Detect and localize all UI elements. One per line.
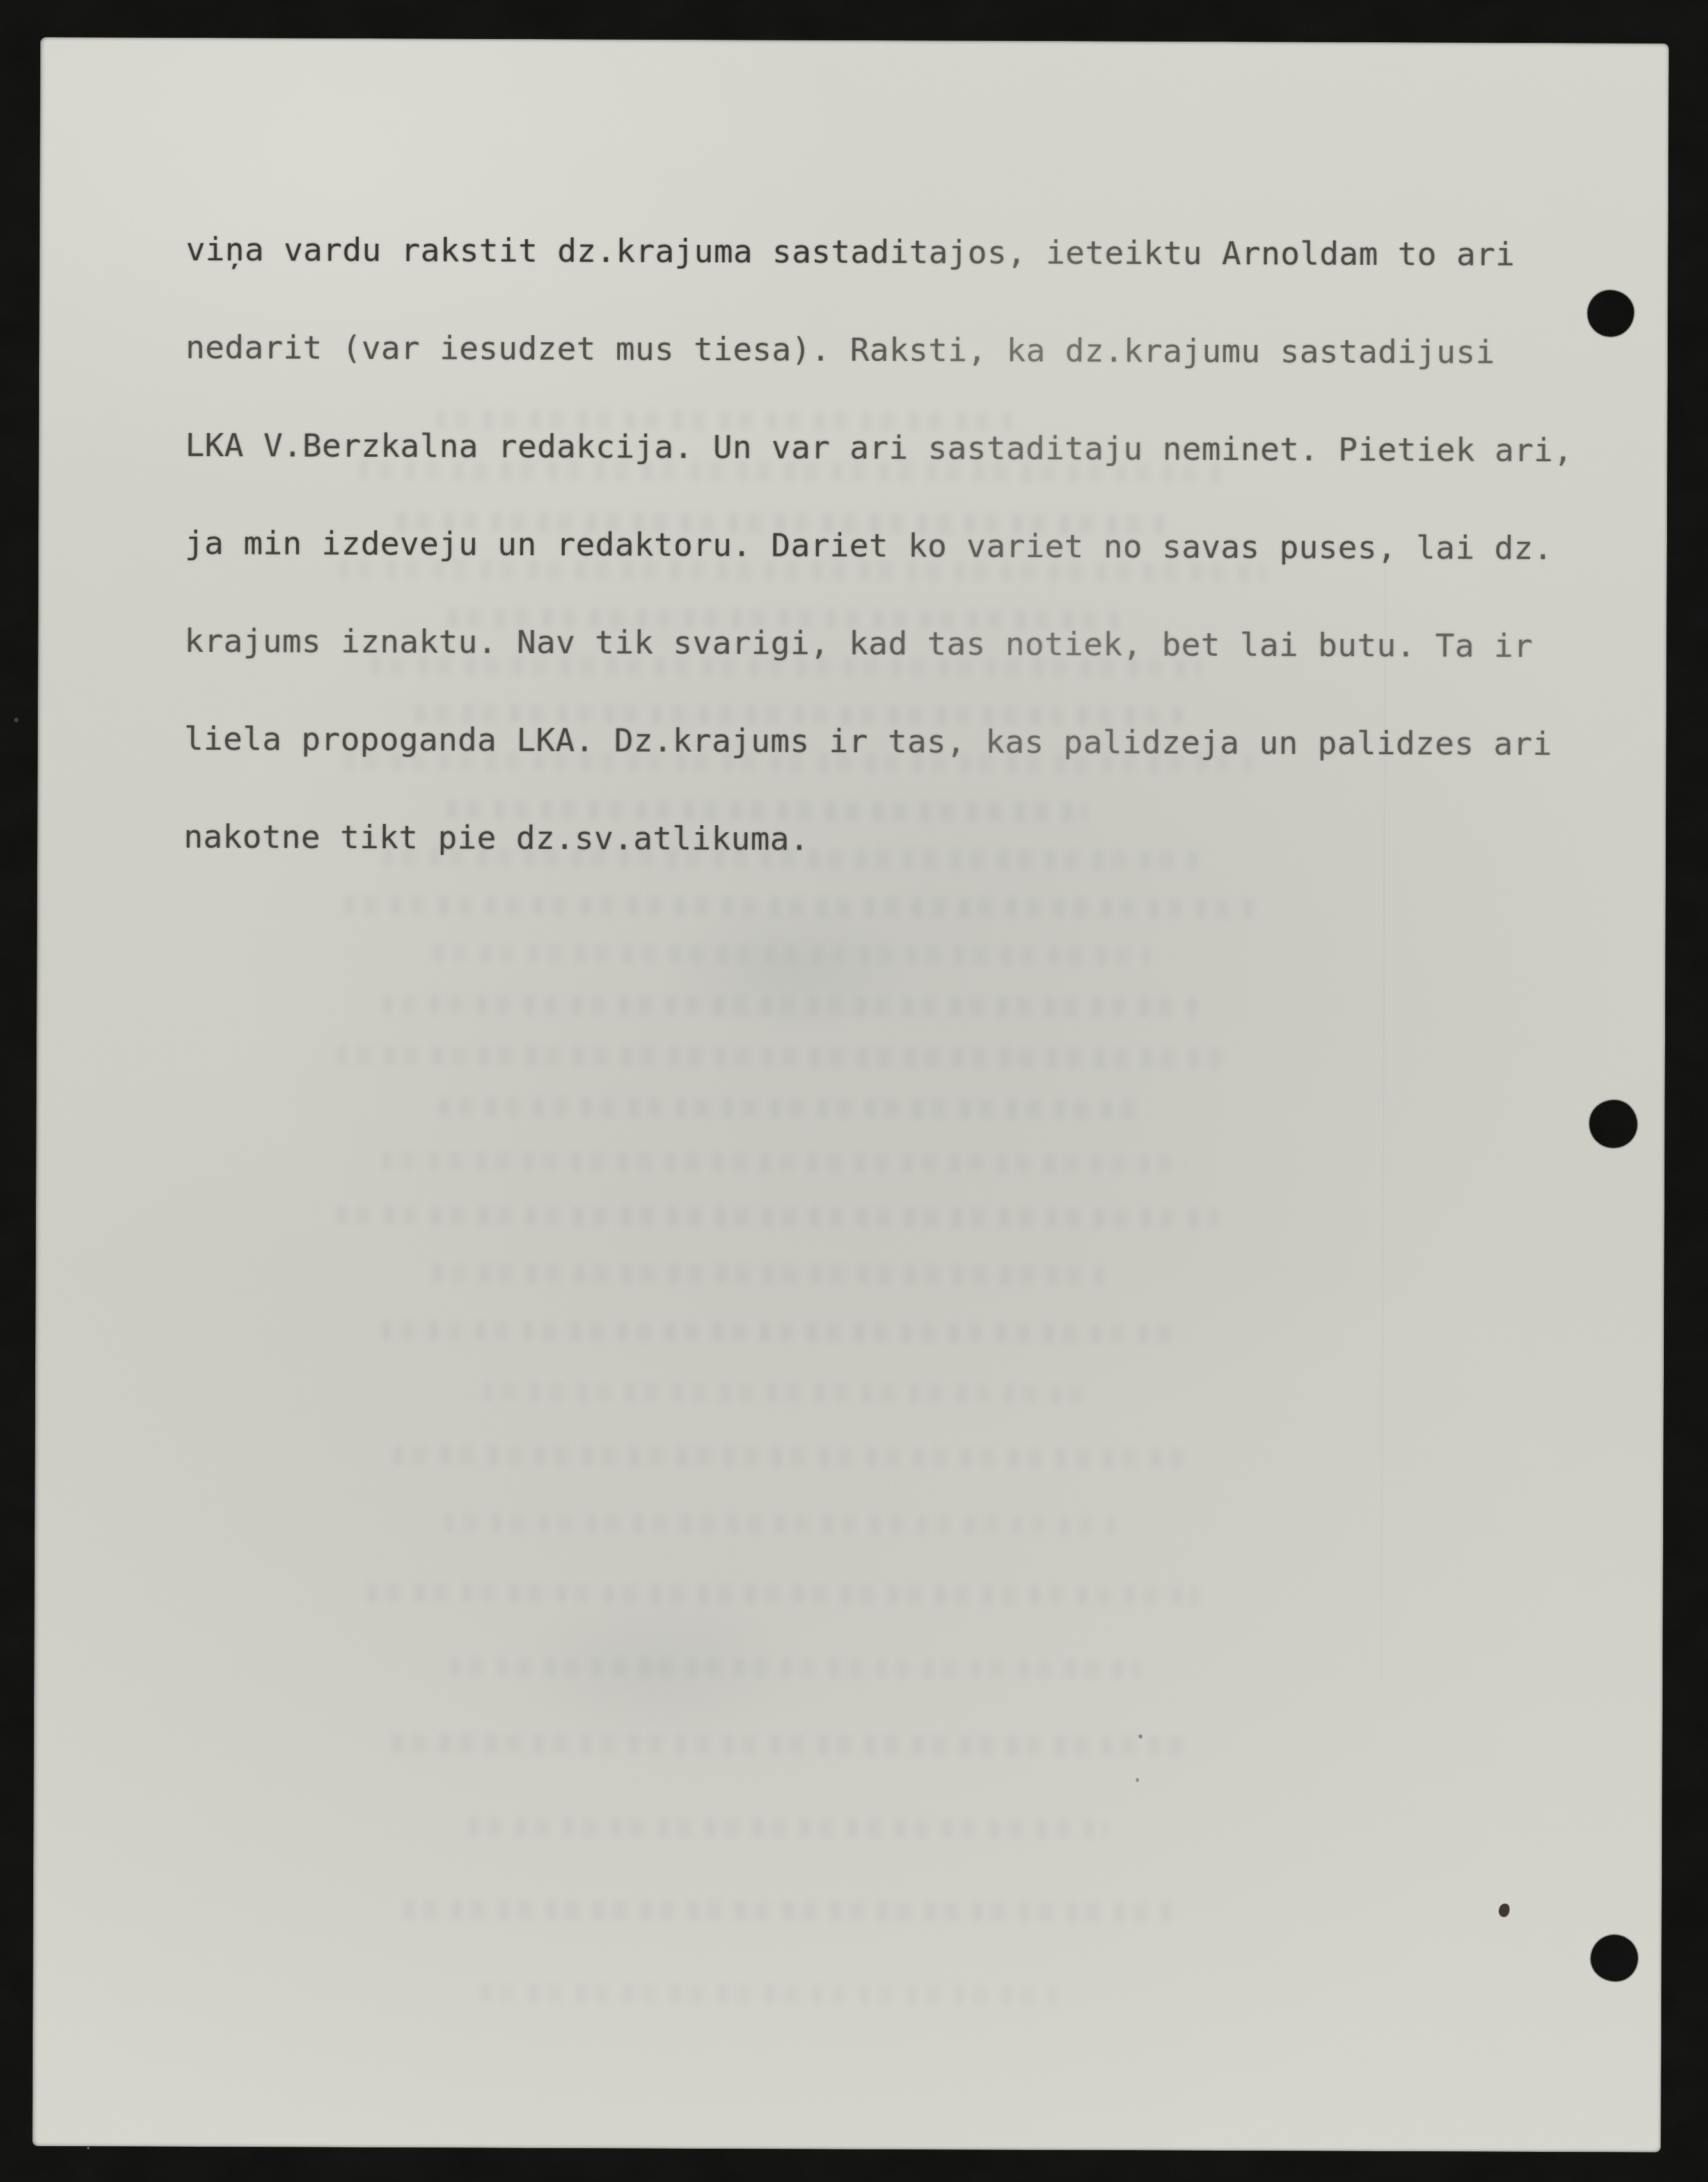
punch-hole-middle — [1590, 1100, 1637, 1148]
paper-sheet: viņa vardu rakstit dz.krajuma sastaditaj… — [32, 37, 1669, 2153]
ghost-line — [381, 1151, 1187, 1174]
punch-hole-bottom — [1591, 1935, 1638, 1981]
ghost-line — [393, 1446, 1192, 1468]
typewritten-paragraph: viņa vardu rakstit dz.krajuma sastaditaj… — [184, 168, 1574, 924]
typewritten-line: nakotne tikt pie dz.sv.atlikuma. — [184, 821, 1571, 858]
ghost-line — [432, 1263, 1104, 1285]
dust-speck — [1139, 1735, 1143, 1739]
scanned-page: viņa vardu rakstit dz.krajuma sastaditaj… — [0, 0, 1708, 2182]
ghost-line — [381, 1321, 1187, 1343]
dust-speck — [87, 2147, 90, 2149]
ghost-line — [480, 1984, 1056, 2005]
typewritten-line: krajums iznaktu. Nav tik svarigi, kad ta… — [184, 625, 1572, 663]
ghost-line — [444, 1513, 1116, 1535]
typewritten-line: LKA V.Berzkalna redakcija. Un var ari sa… — [185, 429, 1572, 467]
typewritten-line: ja min izdeveju un redaktoru. Dariet ko … — [185, 527, 1572, 565]
tone-smudge — [450, 1561, 860, 1773]
typewritten-line: liela propoganda LKA. Dz.krajums ir tas,… — [184, 723, 1572, 761]
ghost-line — [439, 1097, 1143, 1119]
ghost-line — [483, 1382, 1091, 1404]
dust-speck — [14, 718, 19, 722]
dust-speck — [1136, 1778, 1139, 1782]
ghost-line — [336, 1206, 1219, 1228]
ghost-line — [468, 1817, 1108, 1839]
typewritten-line: viņa vardu rakstit dz.krajuma sastaditaj… — [186, 233, 1574, 271]
typewritten-line: nedarit (var iesudzet mus tiesa). Raksti… — [186, 331, 1573, 369]
ghost-line — [404, 1900, 1172, 1922]
